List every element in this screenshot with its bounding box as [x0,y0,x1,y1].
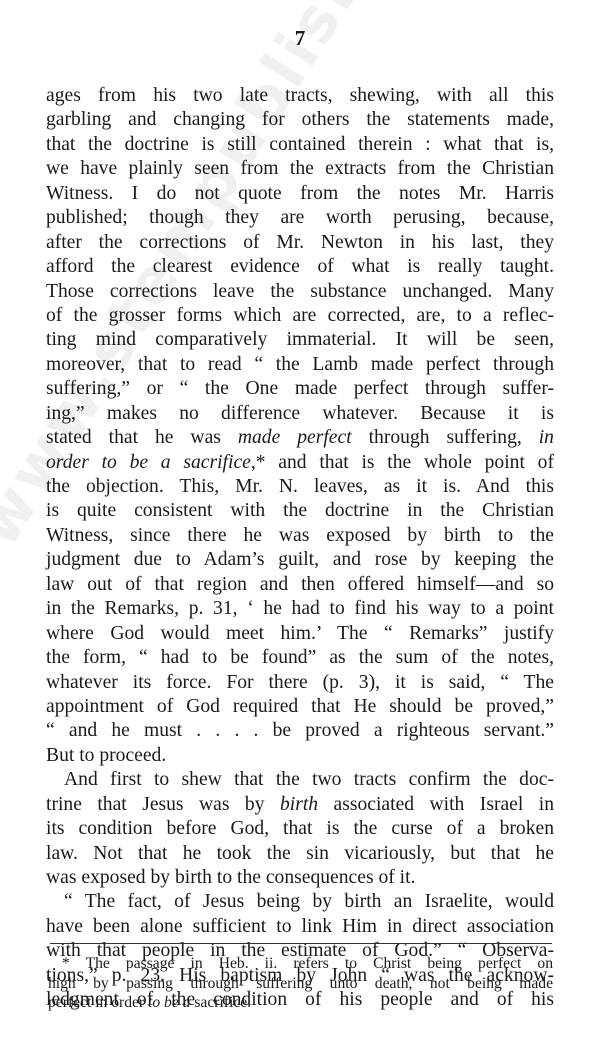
text-line: its condition before God, that is the cu… [46,817,554,841]
text-line: Those corrections leave the substance un… [46,280,554,304]
text-line: stated that he was made perfect through … [46,426,554,450]
text-line: where God would meet him.’ The “ Remarks… [46,622,554,646]
text-line: afford the clearest evidence of what is … [46,255,554,279]
text-line: have been alone sufficient to link Him i… [46,915,554,939]
text-line: Witness. I do not quote from the notes M… [46,182,554,206]
footnote-separator [50,943,552,944]
text-run: through suffering, [352,427,539,448]
text-line: trine that Jesus was by birth associated… [46,793,554,817]
italic-emphasis: in [539,427,554,448]
text-line: law. Not that he took the sin vicariousl… [46,842,554,866]
text-line: whatever its force. For there (p. 3), it… [46,671,554,695]
text-line: law out of that region and then offered … [46,573,554,597]
text-line: appointment of God required that He shou… [46,695,554,719]
text-line: in the Remarks, p. 31, ‘ he had to find … [46,597,554,621]
page-number: 7 [0,26,600,51]
text-run: stated that he was [46,427,238,448]
text-line: the objection. This, Mr. N. leaves, as i… [46,475,554,499]
text-line: But to proceed. [46,744,554,768]
text-line: ting mind comparatively immaterial. It w… [46,328,554,352]
text-line: we have plainly seen from the extracts f… [46,157,554,181]
footnote-line: perfect in order to be a sacrifice. [48,993,553,1013]
text-run: ,* and that is the whole point of [251,452,554,473]
italic-emphasis: birth [280,794,318,815]
text-run: trine that Jesus was by [46,794,280,815]
text-line: moreover, that to read “ the Lamb made p… [46,353,554,377]
text-line: ing,” makes no difference whatever. Beca… [46,402,554,426]
footnote: * The passage in Heb. ii. refers to Chri… [48,954,553,1013]
italic-emphasis: order to be a sacrifice [46,452,251,473]
italic-emphasis: to be a [148,994,190,1011]
text-line: “ The fact, of Jesus being by birth an I… [46,890,554,914]
text-run: sacrifice. [190,994,251,1011]
text-line: “ and he must . . . . be proved a righte… [46,719,554,743]
text-line: the form, “ had to be found” as the sum … [46,646,554,670]
text-line: Witness, since there he was exposed by b… [46,524,554,548]
text-line: ages from his two late tracts, shewing, … [46,84,554,108]
text-line: suffering,” or “ the One made perfect th… [46,377,554,401]
text-run: associated with Israel in [318,794,554,815]
text-line: order to be a sacrifice,* and that is th… [46,451,554,475]
text-run: perfect in order [48,994,148,1011]
text-line: published; though they are worth perusin… [46,206,554,230]
text-line: judgment due to Adam’s guilt, and rose b… [46,548,554,572]
italic-emphasis: made perfect [238,427,352,448]
text-line: was exposed by birth to the consequences… [46,866,554,890]
text-line: garbling and changing for others the sta… [46,108,554,132]
text-line: after the corrections of Mr. Newton in h… [46,231,554,255]
body-text: ages from his two late tracts, shewing, … [46,84,554,1013]
text-line: of the grosser forms which are corrected… [46,304,554,328]
text-line: is quite consistent with the doctrine in… [46,499,554,523]
footnote-line: * The passage in Heb. ii. refers to Chri… [48,954,553,974]
text-line: that the doctrine is still contained the… [46,133,554,157]
text-line: And first to shew that the two tracts co… [46,768,554,792]
footnote-line: high by passing through suffering unto d… [48,974,553,994]
